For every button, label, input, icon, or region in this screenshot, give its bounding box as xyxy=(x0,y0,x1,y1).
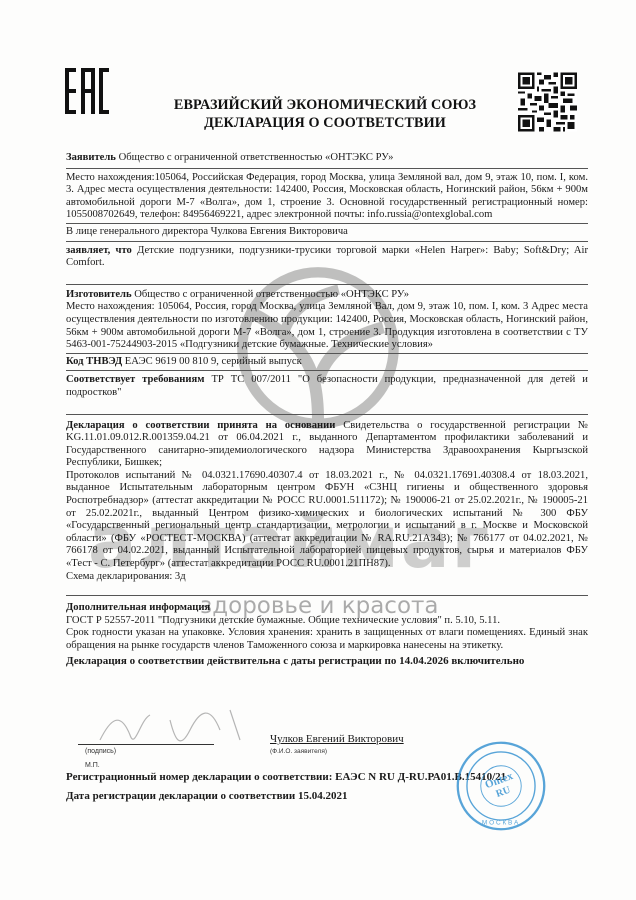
applicant-representative: В лице генерального директора Чулкова Ев… xyxy=(66,226,588,242)
applicant-row: Заявитель Общество с ограниченной ответс… xyxy=(66,152,588,169)
basis-label: Декларация о соответствии принята на осн… xyxy=(66,420,335,431)
tnved-value: ЕАЭС 9619 00 810 9, серийный выпуск xyxy=(125,356,302,367)
registration-number: Регистрационный номер декларации о соотв… xyxy=(66,771,506,783)
signature-label: (подпись) xyxy=(85,748,116,755)
additional-gost: ГОСТ Р 52557-2011 "Подгузники детские бу… xyxy=(66,615,588,628)
manufacturer-address: Место нахождения: 105064, Россия, город … xyxy=(66,301,588,353)
registration-date: Дата регистрации декларации о соответств… xyxy=(66,790,347,802)
additional-storage: Срок годности указан на упаковке. Услови… xyxy=(66,627,588,652)
applicant-name: Общество с ограниченной ответственностью… xyxy=(119,152,394,163)
eac-logo xyxy=(65,68,109,114)
title-line-2: ДЕКЛАРАЦИЯ О СООТВЕТСТВИИ xyxy=(150,114,500,132)
additional-info-title: Дополнительная информация xyxy=(66,602,588,615)
svg-text:МОСКВА: МОСКВА xyxy=(482,820,520,827)
manufacturer-row: Изготовитель Общество с ограниченной отв… xyxy=(66,289,588,302)
basis-row: Декларация о соответствии принята на осн… xyxy=(66,420,588,470)
applicant-label: Заявитель xyxy=(66,152,116,163)
basis-protocols: Протоколов испытаний № 04.0321.17690.403… xyxy=(66,470,588,571)
qr-code-icon xyxy=(518,68,577,136)
declaration-page: ЕВРАЗИЙСКИЙ ЭКОНОМИЧЕСКИЙ СОЮЗ ДЕКЛАРАЦИ… xyxy=(0,0,636,900)
seal-label: М.П. xyxy=(85,762,100,769)
declares-row: заявляет, что Детские подгузники, подгуз… xyxy=(66,245,588,285)
signer-caption: (Ф.И.О. заявителя) xyxy=(270,748,327,755)
declares-label: заявляет, что xyxy=(66,245,132,256)
tnved-label: Код ТНВЭД xyxy=(66,356,122,367)
compliance-label: Соответствует требованиям xyxy=(66,374,204,385)
manufacturer-label: Изготовитель xyxy=(66,289,132,300)
company-stamp-icon: Ontex RU МОСКВА xyxy=(455,740,547,832)
signer-name: Чулков Евгений Викторович xyxy=(270,733,404,745)
tnved-row: Код ТНВЭД ЕАЭС 9619 00 810 9, серийный в… xyxy=(66,356,588,372)
manufacturer-name: Общество с ограниченной ответственностью… xyxy=(134,289,409,300)
validity-statement: Декларация о соответствии действительна … xyxy=(66,655,588,668)
title-line-1: ЕВРАЗИЙСКИЙ ЭКОНОМИЧЕСКИЙ СОЮЗ xyxy=(150,96,500,114)
document-title: ЕВРАЗИЙСКИЙ ЭКОНОМИЧЕСКИЙ СОЮЗ ДЕКЛАРАЦИ… xyxy=(150,96,500,132)
signature-line xyxy=(78,744,214,745)
applicant-address: Место нахождения:105064, Российская Феде… xyxy=(66,172,588,224)
declaration-scheme: Схема декларирования: 3д xyxy=(66,571,588,597)
declaration-body: Заявитель Общество с ограниченной ответс… xyxy=(66,152,588,667)
product-description: Детские подгузники, подгузники-трусики т… xyxy=(66,245,588,269)
compliance-row: Соответствует требованиям ТР ТС 007/2011… xyxy=(66,374,588,414)
signature-scribble xyxy=(80,700,260,770)
